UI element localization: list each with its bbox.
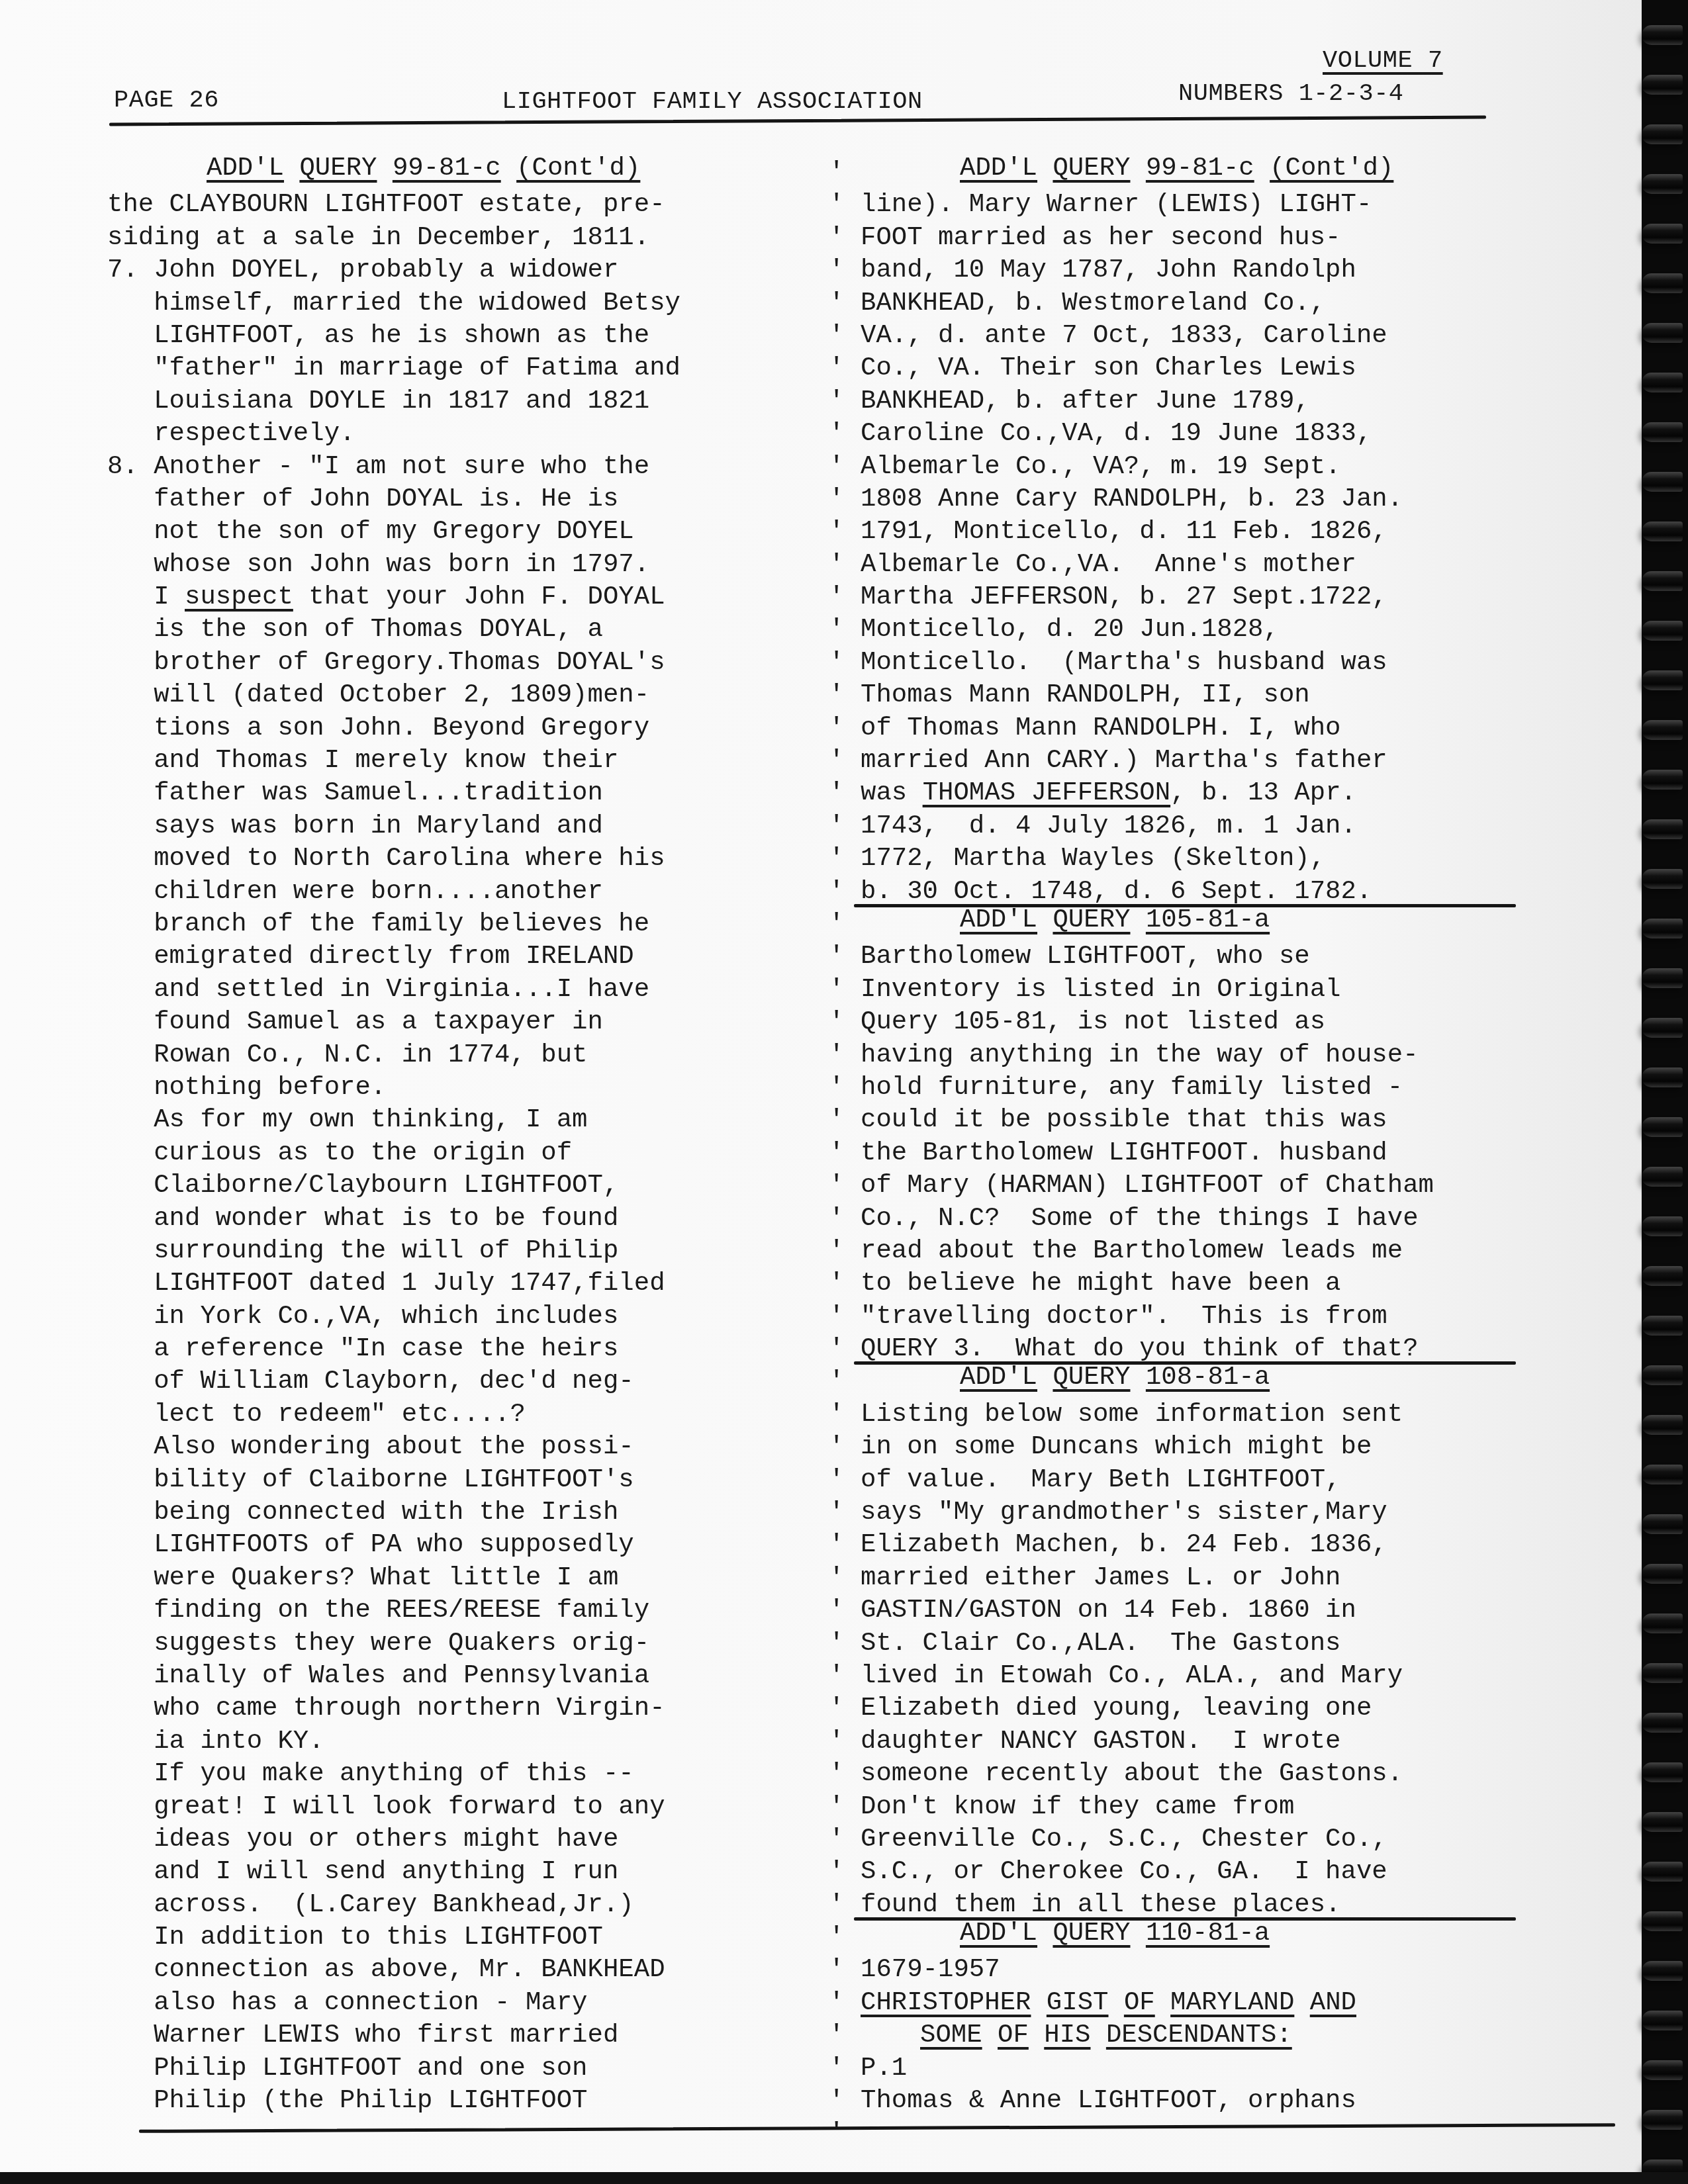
binding-coil [1642,1713,1683,1733]
binding-coil [1642,1961,1683,1981]
binding-coil [1642,1911,1683,1931]
column-divider: ''''''''''''''''''''''''''''''''''''''''… [829,156,849,2150]
text-line: LIGHTFOOT, as he is shown as the [107,320,829,352]
text-line: GASTIN/GASTON on 14 Feb. 1860 in [861,1594,1622,1627]
binding-coil [1642,919,1683,938]
text-line: and settled in Virginia...I have [107,974,829,1006]
text-line: Albemarle Co., VA?, m. 19 Sept. [861,451,1622,483]
divider-mark: ' [829,1725,849,1758]
text-line: found Samuel as a taxpayer in [107,1006,829,1038]
text-line: to believe he might have been a [861,1267,1622,1300]
text-line: of Thomas Mann RANDOLPH. I, who [861,712,1622,745]
text-line: suggests they were Quakers orig- [107,1627,829,1660]
divider-mark: ' [829,320,849,352]
divider-mark: ' [829,549,849,581]
text-line: someone recently about the Gastons. [861,1758,1622,1790]
text-line: daughter NANCY GASTON. I wrote [861,1725,1622,1758]
text-line: read about the Bartholomew leads me [861,1235,1622,1267]
text-line: As for my own thinking, I am [107,1104,829,1136]
divider-mark: ' [829,1398,849,1431]
binding-coil [1642,323,1683,343]
divider-mark: ' [829,1987,849,2019]
binding-coil [1642,1167,1683,1187]
text-line: being connected with the Irish [107,1496,829,1529]
divider-mark: ' [829,222,849,254]
divider-mark: ' [829,908,849,940]
text-line: 8. Another - "I am not sure who the [107,451,829,483]
text-line: Co., N.C? Some of the things I have [861,1203,1622,1235]
text-line: Philip (the Philip LIGHTFOOT [107,2085,829,2117]
text-line: says "My grandmother's sister,Mary [861,1496,1622,1529]
binding-coil [1642,571,1683,591]
section-title: SOME OF HIS DESCENDANTS: [861,2019,1622,2052]
publication-title: LIGHTFOOT FAMILY ASSOCIATION [502,90,923,114]
text-line: S.C., or Cherokee Co., GA. I have [861,1856,1622,1888]
binding-coil [1642,124,1683,144]
scan-edge [0,2172,1688,2184]
text-line: will (dated October 2, 1809)men- [107,679,829,711]
section-rule [854,904,1516,907]
spiral-binding [1642,0,1688,2184]
text-line: ideas you or others might have [107,1823,829,1856]
divider-mark: ' [829,810,849,842]
header-rule [109,116,1486,126]
divider-mark: ' [829,1365,849,1398]
text-line: married either James L. or John [861,1562,1622,1594]
binding-coil [1642,1812,1683,1832]
text-line: and wonder what is to be found [107,1203,829,1235]
text-line: could it be possible that this was [861,1104,1622,1136]
text-line: 1772, Martha Wayles (Skelton), [861,842,1622,875]
section-rule [854,1917,1516,1921]
text-line: great! I will look forward to any [107,1791,829,1823]
right-column: ADD'L QUERY 99-81-c (Cont'd)line). Mary … [861,156,1622,2117]
text-line: Don't know if they came from [861,1791,1622,1823]
text-line: nothing before. [107,1071,829,1104]
binding-coil [1642,1465,1683,1484]
text-line: "father" in marriage of Fatima and [107,352,829,385]
text-line: married Ann CARY.) Martha's father [861,745,1622,777]
binding-coil [1642,621,1683,641]
binding-coil [1642,2110,1683,2130]
text-line: the CLAYBOURN LIGHTFOOT estate, pre- [107,189,829,221]
binding-coil [1642,2011,1683,2030]
footer-rule [139,2123,1615,2133]
text-line: 1743, d. 4 July 1826, m. 1 Jan. [861,810,1622,842]
text-line: VA., d. ante 7 Oct, 1833, Caroline [861,320,1622,352]
binding-coil [1642,422,1683,442]
divider-mark: ' [829,1562,849,1594]
text-line: line). Mary Warner (LEWIS) LIGHT- [861,189,1622,221]
text-line: Warner LEWIS who first married [107,2019,829,2052]
divider-mark: ' [829,1529,849,1561]
text-line: whose son John was born in 1797. [107,549,829,581]
binding-coil [1642,1862,1683,1882]
divider-mark: ' [829,516,849,548]
text-line: Rowan Co., N.C. in 1774, but [107,1039,829,1071]
divider-mark: ' [829,1660,849,1692]
left-column: ADD'L QUERY 99-81-c (Cont'd)the CLAYBOUR… [107,156,829,2117]
divider-mark: ' [829,1267,849,1300]
binding-coil [1642,1564,1683,1584]
divider-mark: ' [829,1104,849,1136]
text-line: LIGHTFOOT dated 1 July 1747,filed [107,1267,829,1300]
query-heading: ADD'L QUERY 105-81-a [861,904,1622,936]
text-line: a reference "In case the heirs [107,1333,829,1365]
text-line: emigrated directly from IRELAND [107,940,829,973]
text-line: Also wondering about the possi- [107,1431,829,1463]
divider-mark: ' [829,1071,849,1104]
divider-mark: ' [829,745,849,777]
text-line: QUERY 3. What do you think of that? [861,1333,1622,1365]
binding-coil [1642,1614,1683,1633]
text-line: In addition to this LIGHTFOOT [107,1921,829,1954]
divider-mark: ' [829,581,849,614]
divider-mark: ' [829,1791,849,1823]
text-line: 7. John DOYEL, probably a widower [107,254,829,287]
divider-mark: ' [829,679,849,711]
text-line: Elizabeth died young, leaving one [861,1692,1622,1725]
text-line: Co., VA. Their son Charles Lewis [861,352,1622,385]
divider-mark: ' [829,777,849,809]
divider-mark: ' [829,1039,849,1071]
divider-mark: ' [829,1006,849,1038]
text-line: BANKHEAD, b. Westmoreland Co., [861,287,1622,320]
binding-coil [1642,2060,1683,2080]
text-line: band, 10 May 1787, John Randolph [861,254,1622,287]
text-line: father of John DOYAL is. He is [107,483,829,516]
divider-mark: ' [829,974,849,1006]
text-line: himself, married the widowed Betsy [107,287,829,320]
text-line: of value. Mary Beth LIGHTFOOT, [861,1464,1622,1496]
binding-coil [1642,869,1683,889]
divider-mark: ' [829,842,849,875]
text-line: in on some Duncans which might be [861,1431,1622,1463]
document-page: VOLUME 7 PAGE 26 LIGHTFOOT FAMILY ASSOCI… [0,0,1642,2184]
divider-mark: ' [829,1137,849,1169]
divider-mark: ' [829,1300,849,1333]
text-line: branch of the family believes he [107,908,829,940]
divider-mark: ' [829,2019,849,2052]
text-line: Claiborne/Claybourn LIGHTFOOT, [107,1169,829,1202]
divider-mark: ' [829,1954,849,1986]
divider-mark: ' [829,1758,849,1790]
divider-mark: ' [829,189,849,221]
text-line: finding on the REES/REESE family [107,1594,829,1627]
binding-coil [1642,25,1683,45]
text-line: If you make anything of this -- [107,1758,829,1790]
divider-mark: ' [829,2052,849,2085]
divider-mark: ' [829,1627,849,1660]
text-line: I suspect that your John F. DOYAL [107,581,829,614]
text-line: St. Clair Co.,ALA. The Gastons [861,1627,1622,1660]
divider-mark: ' [829,614,849,646]
divider-mark: ' [829,1921,849,1954]
text-line: father was Samuel...tradition [107,777,829,809]
divider-mark: ' [829,876,849,908]
divider-mark: ' [829,1496,849,1529]
text-line: moved to North Carolina where his [107,842,829,875]
binding-coil [1642,1762,1683,1782]
text-line: of Mary (HARMAN) LIGHTFOOT of Chatham [861,1169,1622,1202]
text-line: 1679-1957 [861,1954,1622,1986]
binding-coil [1642,273,1683,293]
text-line: Inventory is listed in Original [861,974,1622,1006]
text-line: Caroline Co.,VA, d. 19 June 1833, [861,418,1622,450]
text-line: lect to redeem" etc....? [107,1398,829,1431]
binding-coil [1642,1117,1683,1137]
binding-coil [1642,75,1683,95]
binding-coil [1642,770,1683,790]
divider-mark: ' [829,287,849,320]
text-line: BANKHEAD, b. after June 1789, [861,385,1622,418]
query-heading: ADD'L QUERY 99-81-c (Cont'd) [107,152,829,185]
binding-coil [1642,1415,1683,1435]
text-line: "travelling doctor". This is from [861,1300,1622,1333]
binding-coil [1642,224,1683,244]
text-line: found them in all these places. [861,1889,1622,1921]
binding-coil [1642,1316,1683,1336]
binding-coil [1642,522,1683,541]
binding-coil [1642,819,1683,839]
text-line: Listing below some information sent [861,1398,1622,1431]
text-line: bility of Claiborne LIGHTFOOT's [107,1464,829,1496]
text-line: Elizabeth Machen, b. 24 Feb. 1836, [861,1529,1622,1561]
divider-mark: ' [829,2085,849,2117]
binding-coil [1642,1514,1683,1534]
text-line: was THOMAS JEFFERSON, b. 13 Apr. [861,777,1622,809]
divider-mark: ' [829,1203,849,1235]
text-line: also has a connection - Mary [107,1987,829,2019]
text-line: connection as above, Mr. BANKHEAD [107,1954,829,1986]
text-line: LIGHTFOOTS of PA who supposedly [107,1529,829,1561]
divider-mark: ' [829,2117,849,2150]
text-line: is the son of Thomas DOYAL, a [107,614,829,646]
divider-mark: ' [829,940,849,973]
text-line: in York Co.,VA, which includes [107,1300,829,1333]
divider-mark: ' [829,647,849,679]
text-line: lived in Etowah Co., ALA., and Mary [861,1660,1622,1692]
text-line: Philip LIGHTFOOT and one son [107,2052,829,2085]
divider-mark: ' [829,418,849,450]
page-number: PAGE 26 [114,89,219,113]
binding-coil [1642,968,1683,988]
binding-coil [1642,720,1683,740]
text-line: siding at a sale in December, 1811. [107,222,829,254]
text-line: says was born in Maryland and [107,810,829,842]
volume-label: VOLUME 7 [1323,49,1443,73]
text-line: P.1 [861,2052,1622,2085]
text-line: and Thomas I merely know their [107,745,829,777]
divider-mark: ' [829,1823,849,1856]
binding-coil [1642,670,1683,690]
section-title: CHRISTOPHER GIST OF MARYLAND AND [861,1987,1622,2019]
section-rule [854,1361,1516,1365]
text-line: Query 105-81, is not listed as [861,1006,1622,1038]
divider-mark: ' [829,1594,849,1627]
query-heading: ADD'L QUERY 108-81-a [861,1361,1622,1394]
text-line: not the son of my Gregory DOYEL [107,516,829,548]
divider-mark: ' [829,352,849,385]
divider-mark: ' [829,483,849,516]
divider-mark: ' [829,254,849,287]
divider-mark: ' [829,156,849,189]
text-line: across. (L.Carey Bankhead,Jr.) [107,1889,829,1921]
text-line: and I will send anything I run [107,1856,829,1888]
text-line: Thomas Mann RANDOLPH, II, son [861,679,1622,711]
binding-coil [1642,1365,1683,1385]
text-line: surrounding the will of Philip [107,1235,829,1267]
binding-coil [1642,373,1683,392]
divider-mark: ' [829,1692,849,1725]
divider-mark: ' [829,1431,849,1463]
text-line: respectively. [107,418,829,450]
binding-coil [1642,1018,1683,1038]
text-line: children were born....another [107,876,829,908]
text-line: Martha JEFFERSON, b. 27 Sept.1722, [861,581,1622,614]
text-line: 1808 Anne Cary RANDOLPH, b. 23 Jan. [861,483,1622,516]
query-heading: ADD'L QUERY 110-81-a [861,1917,1622,1950]
divider-mark: ' [829,1856,849,1888]
divider-mark: ' [829,451,849,483]
text-line: were Quakers? What little I am [107,1562,829,1594]
text-line: Albemarle Co.,VA. Anne's mother [861,549,1622,581]
divider-mark: ' [829,1235,849,1267]
text-line: hold furniture, any family listed - [861,1071,1622,1104]
text-line: having anything in the way of house- [861,1039,1622,1071]
text-line: of William Clayborn, dec'd neg- [107,1365,829,1398]
text-line: tions a son John. Beyond Gregory [107,712,829,745]
divider-mark: ' [829,712,849,745]
text-line: Greenville Co., S.C., Chester Co., [861,1823,1622,1856]
binding-coil [1642,1216,1683,1236]
text-line: the Bartholomew LIGHTFOOT. husband [861,1137,1622,1169]
text-line: Thomas & Anne LIGHTFOOT, orphans [861,2085,1622,2117]
text-line: FOOT married as her second hus- [861,222,1622,254]
text-line: 1791, Monticello, d. 11 Feb. 1826, [861,516,1622,548]
binding-coil [1642,1266,1683,1286]
divider-mark: ' [829,1169,849,1202]
binding-coil [1642,174,1683,194]
text-line: Bartholomew LIGHTFOOT, who se [861,940,1622,973]
text-line: curious as to the origin of [107,1137,829,1169]
text-line: Monticello. (Martha's husband was [861,647,1622,679]
query-heading: ADD'L QUERY 99-81-c (Cont'd) [861,152,1622,185]
text-line: Louisiana DOYLE in 1817 and 1821 [107,385,829,418]
text-line: brother of Gregory.Thomas DOYAL's [107,647,829,679]
issue-numbers: NUMBERS 1-2-3-4 [1178,82,1404,107]
text-line: ia into KY. [107,1725,829,1758]
text-line: inally of Wales and Pennsylvania [107,1660,829,1692]
binding-coil [1642,1068,1683,1087]
text-line: who came through northern Virgin- [107,1692,829,1725]
divider-mark: ' [829,385,849,418]
divider-mark: ' [829,1464,849,1496]
binding-coil [1642,472,1683,492]
text-line: Monticello, d. 20 Jun.1828, [861,614,1622,646]
divider-mark: ' [829,1889,849,1921]
binding-coil [1642,1663,1683,1683]
divider-mark: ' [829,1333,849,1365]
text-line: b. 30 Oct. 1748, d. 6 Sept. 1782. [861,876,1622,908]
